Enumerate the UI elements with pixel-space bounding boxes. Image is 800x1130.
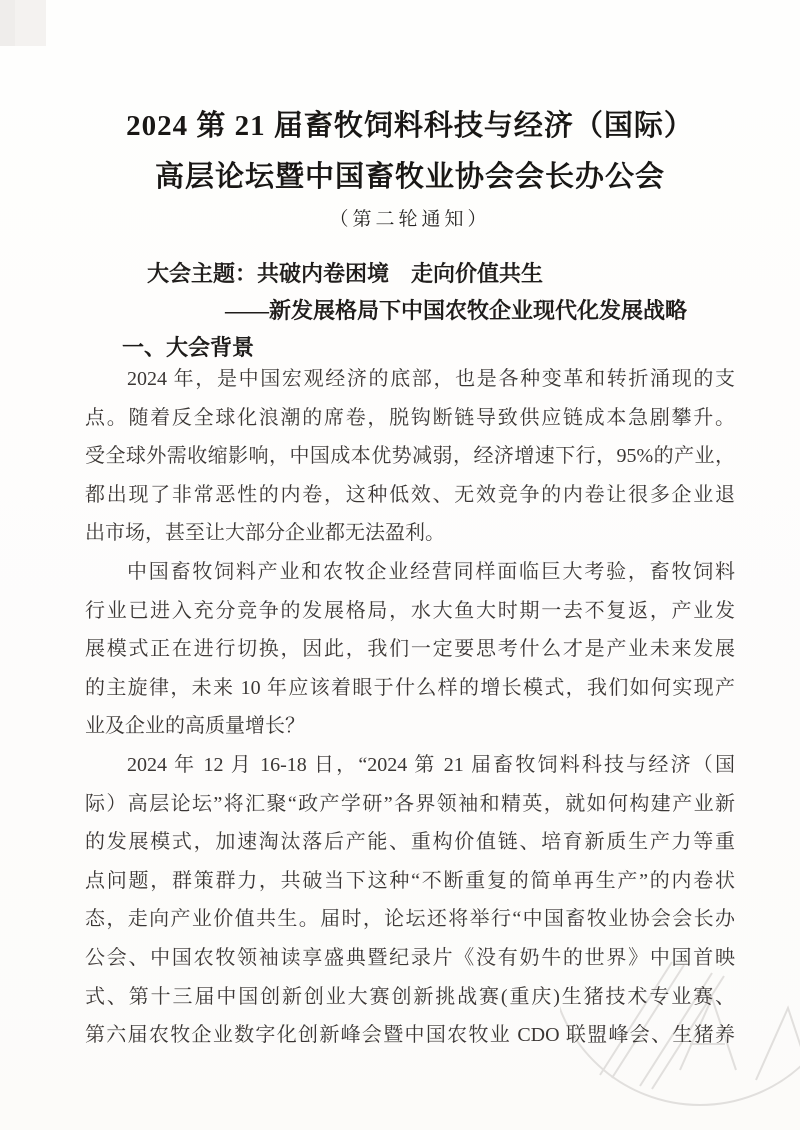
document-page: 2024 第 21 届畜牧饲料科技与经济（国际） 高层论坛暨中国畜牧业协会会长办… — [0, 0, 800, 1130]
body-line: 的发展模式，加速淘汰落后产能、重构价值链、培育新质生产力等重 — [85, 823, 735, 862]
conference-theme-line-1: 大会主题：共破内卷困境 走向价值共生 — [147, 257, 543, 288]
body-line: 2024 年，是中国宏观经济的底部，也是各种变革和转折涌现的支 — [85, 360, 735, 399]
body-line: 受全球外需收缩影响，中国成本优势减弱，经济增速下行，95%的产业， — [85, 437, 735, 476]
body-line: 式、第十三届中国创新创业大赛创新挑战赛(重庆)生猪技术专业赛、 — [85, 978, 735, 1017]
scan-corner-artifact — [0, 0, 46, 46]
body-line: 展模式正在进行切换，因此，我们一定要思考什么才是产业未来发展 — [85, 630, 735, 669]
document-title-line-2: 高层论坛暨中国畜牧业协会会长办公会 — [85, 159, 735, 195]
body-line: 2024 年 12 月 16-18 日，“2024 第 21 届畜牧饲料科技与经… — [85, 746, 735, 785]
body-line: 第六届农牧企业数字化创新峰会暨中国农牧业 CDO 联盟峰会、生猪养 — [85, 1016, 735, 1055]
body-line: 的主旋律，未来 10 年应该着眼于什么样的增长模式，我们如何实现产 — [85, 669, 735, 708]
body-line: 点问题，群策群力，共破当下这种“不断重复的简单再生产”的内卷状 — [85, 862, 735, 901]
section-heading-background: 一、大会背景 — [122, 331, 254, 362]
document-title-line-1: 2024 第 21 届畜牧饲料科技与经济（国际） — [85, 108, 735, 144]
body-line: 际）高层论坛”将汇聚“政产学研”各界领袖和精英，就如何构建产业新 — [85, 785, 735, 824]
body-line: 态，走向产业价值共生。届时，论坛还将举行“中国畜牧业协会会长办 — [85, 900, 735, 939]
body-line: 出市场，甚至让大部分企业都无法盈利。 — [85, 514, 735, 553]
conference-theme-line-2: ——新发展格局下中国农牧企业现代化发展战略 — [225, 294, 687, 325]
body-line: 行业已进入充分竞争的发展格局，水大鱼大时期一去不复返，产业发 — [85, 592, 735, 631]
body-line: 公会、中国农牧领袖读享盛典暨纪录片《没有奶牛的世界》中国首映 — [85, 939, 735, 978]
body-line: 中国畜牧饲料产业和农牧企业经营同样面临巨大考验，畜牧饲料 — [85, 553, 735, 592]
notice-round-label: （第二轮通知） — [85, 204, 735, 231]
body-line: 业及企业的高质量增长？ — [85, 707, 735, 746]
body-line: 都出现了非常恶性的内卷，这种低效、无效竞争的内卷让很多企业退 — [85, 476, 735, 515]
body-line: 点。随着反全球化浪潮的席卷，脱钩断链导致供应链成本急剧攀升。 — [85, 399, 735, 438]
